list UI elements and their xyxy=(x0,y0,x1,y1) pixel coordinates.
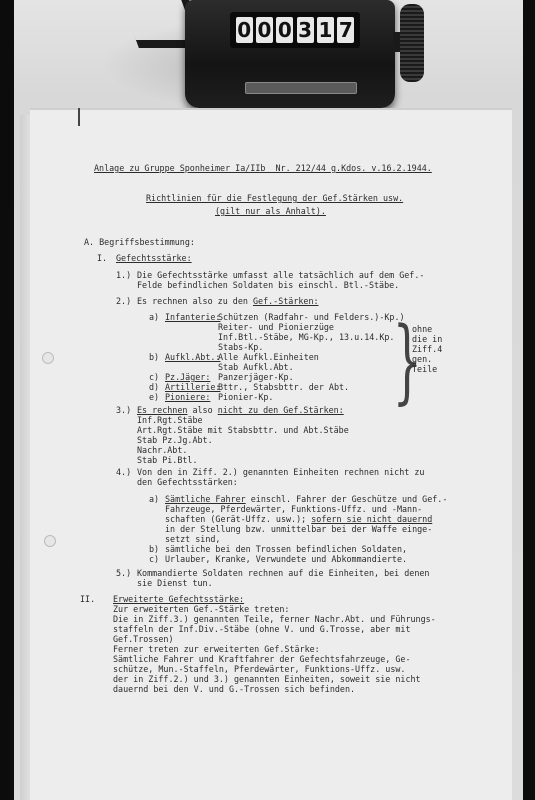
entry-label-infanterie: Infanterie: xyxy=(165,312,220,322)
item-1-line: Die Gefechtsstärke umfasst alle tatsächl… xyxy=(137,270,424,280)
part-i-label: I. xyxy=(97,253,107,263)
part-ii-heading: Erweiterte Gefechtsstärke: xyxy=(113,594,244,604)
item-4-number: 4.) xyxy=(116,467,131,477)
document-subtitle: (gilt nur als Anhalt). xyxy=(215,206,326,216)
item-1-line: Felde befindlichen Soldaten bis einschl.… xyxy=(137,280,399,290)
item-2-number: 2.) xyxy=(116,296,131,306)
entry-label-pzjaeger: Pz.Jäger: xyxy=(165,372,210,382)
document-title: Richtlinien für die Festlegung der Gef.S… xyxy=(146,193,403,203)
document-reference: Anlage zu Gruppe Sponheimer Ia/IIb Nr. 2… xyxy=(94,163,432,173)
item-3-intro: Es rechnen also nicht zu den Gef.Stärken… xyxy=(137,405,344,415)
entry-label-aufkl: Aufkl.Abt.: xyxy=(165,352,220,362)
item-3-number: 3.) xyxy=(116,405,131,415)
part-ii-label: II. xyxy=(80,594,95,604)
entry-label-pioniere: Pioniere: xyxy=(165,392,210,402)
item-1-number: 1.) xyxy=(116,270,131,280)
part-i-heading: Gefechtsstärke: xyxy=(116,253,192,263)
section-a-heading: A. Begriffsbestimmung: xyxy=(84,237,195,247)
side-note: ohne xyxy=(412,324,432,334)
item-2-intro: Es rechnen also zu den Gef.-Stärken: xyxy=(137,296,319,306)
item-5-number: 5.) xyxy=(116,568,131,578)
entry-label-artillerie: Artillerie: xyxy=(165,382,220,392)
document-text: Anlage zu Gruppe Sponheimer Ia/IIb Nr. 2… xyxy=(0,0,535,800)
